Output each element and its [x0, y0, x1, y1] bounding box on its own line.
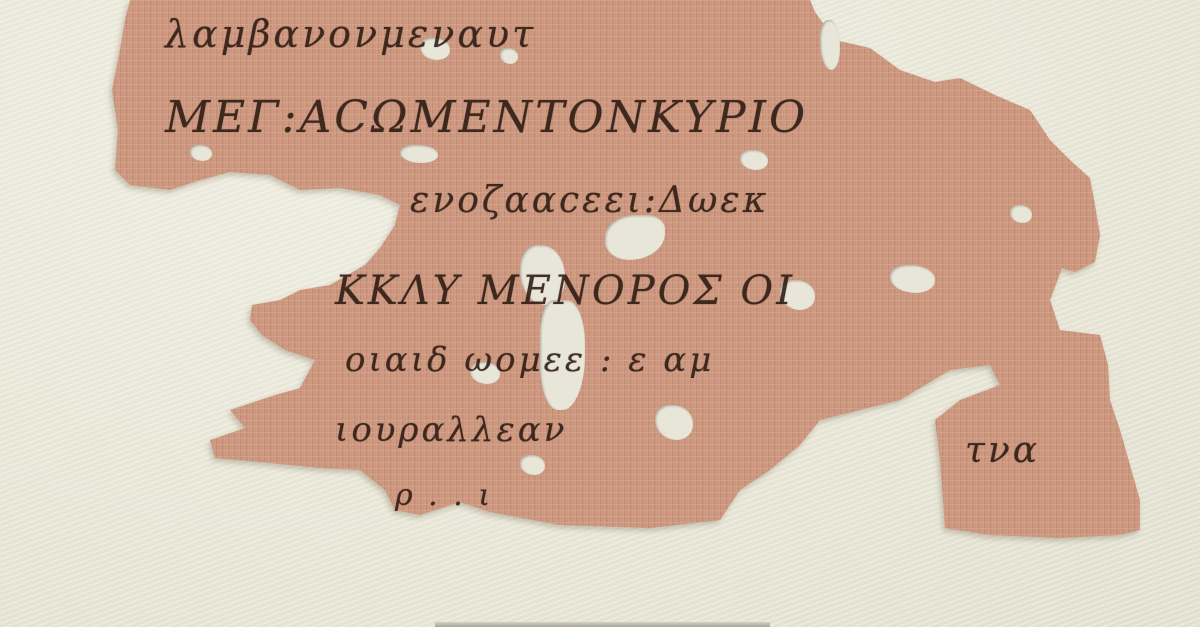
manuscript-line-8: ρ . . ι	[395, 478, 493, 513]
manuscript-line-7: τνα	[965, 430, 1040, 471]
manuscript-line-2: ΜΕΓ:ΑCΩΜΕΝΤΟΝΚΥΡΙΟ	[165, 92, 808, 143]
papyrus-hole	[1010, 205, 1032, 223]
manuscript-line-1: λαμβανονμεναυτ	[165, 12, 536, 56]
papyrus-hole	[190, 145, 212, 161]
papyrus-hole	[520, 455, 545, 475]
manuscript-line-3: ενοζααcεει:Δωεκ	[410, 180, 769, 221]
manuscript-line-4: ΚΚΛΥ ΜΕΝΟΡΟΣ ΟΙ	[335, 268, 795, 314]
papyrus-hole	[820, 20, 840, 70]
manuscript-line-6: ιουραλλεαν	[335, 410, 567, 450]
frame-edge	[435, 622, 770, 627]
manuscript-line-5: οιαιδ ωομεε : ε αμ	[345, 340, 714, 380]
